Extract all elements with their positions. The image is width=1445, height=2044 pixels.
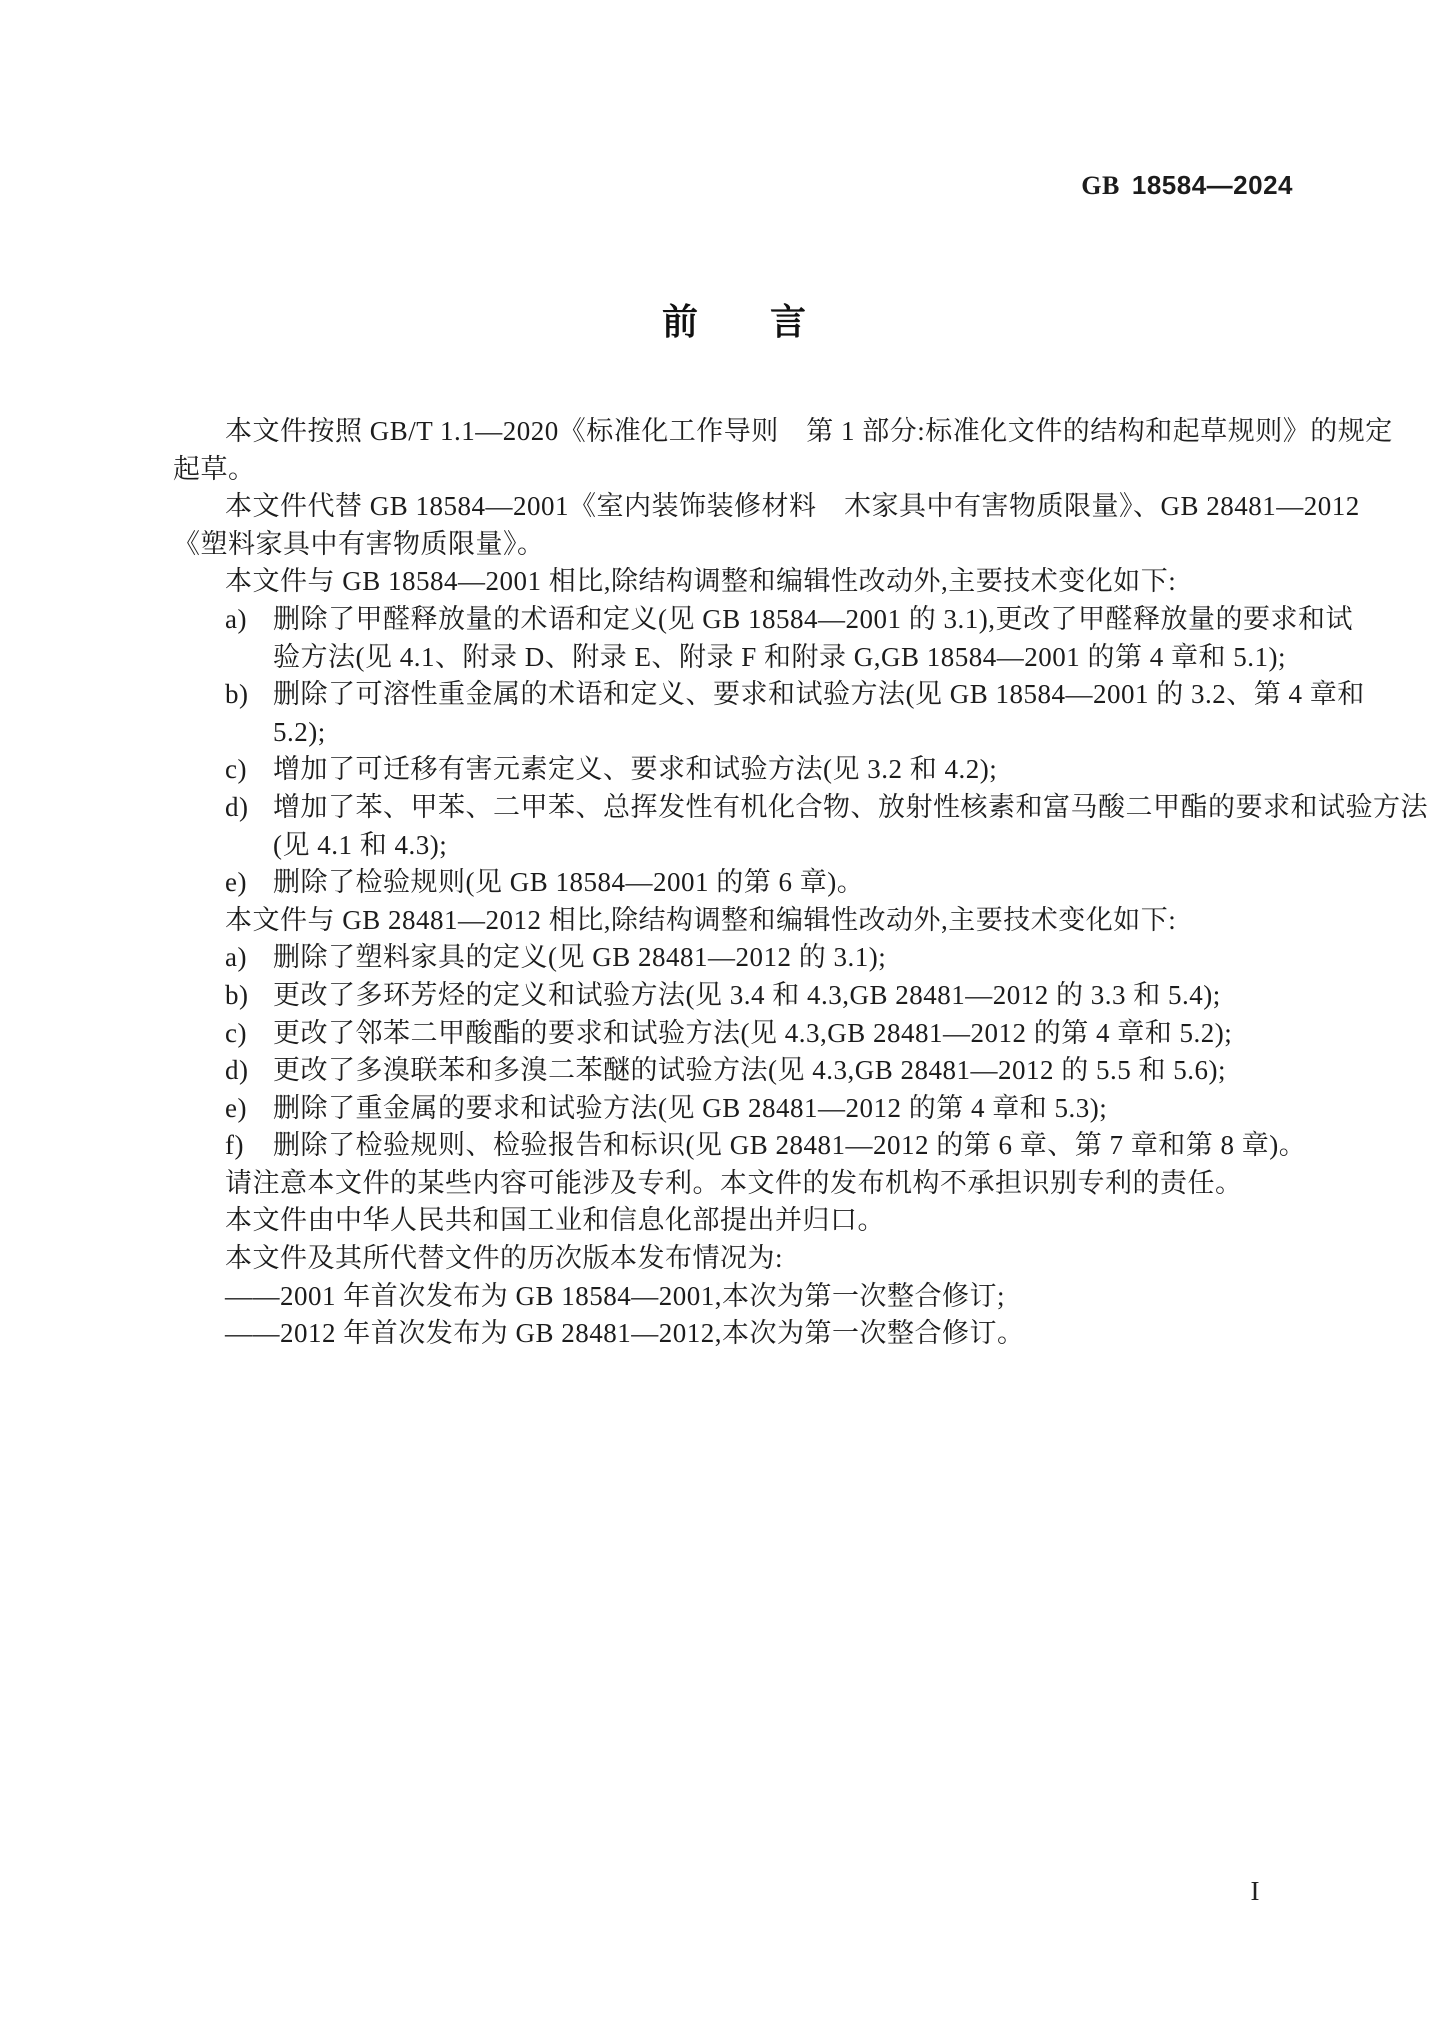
list-marker: d) [225, 1052, 249, 1090]
list-item-text: 增加了可迁移有害元素定义、要求和试验方法(见 3.2 和 4.2); [273, 754, 997, 784]
revision-history-line: ——2012 年首次发布为 GB 28481—2012,本次为第一次整合修订。 [173, 1315, 1295, 1353]
list-item: a) 删除了塑料家具的定义(见 GB 28481—2012 的 3.1); [173, 939, 1295, 977]
list-item-text: 更改了多溴联苯和多溴二苯醚的试验方法(见 4.3,GB 28481—2012 的… [273, 1055, 1226, 1085]
list-marker: b) [225, 977, 249, 1015]
page-title: 前 言 [173, 294, 1295, 345]
doc-number: GB18584—2024 [0, 170, 1293, 201]
list-marker: e) [225, 1090, 247, 1128]
list-item: d) 更改了多溴联苯和多溴二苯醚的试验方法(见 4.3,GB 28481—201… [173, 1052, 1295, 1090]
list-item: f) 删除了检验规则、检验报告和标识(见 GB 28481—2012 的第 6 … [173, 1127, 1295, 1165]
doc-number-value: 18584—2024 [1132, 170, 1293, 200]
list-item: b) 更改了多环芳烃的定义和试验方法(见 3.4 和 4.3,GB 28481—… [173, 977, 1295, 1015]
paragraph-line: 本文件由中华人民共和国工业和信息化部提出并归口。 [173, 1202, 1295, 1240]
paragraph-line: 本文件与 GB 28481—2012 相比,除结构调整和编辑性改动外,主要技术变… [173, 902, 1295, 940]
list-item-text: 删除了甲醛释放量的术语和定义(见 GB 18584—2001 的 3.1),更改… [273, 604, 1353, 634]
document-page: GB18584—2024 前 言 本文件按照 GB/T 1.1—2020《标准化… [0, 0, 1445, 2044]
list-item-continuation: (见 4.1 和 4.3); [173, 827, 1295, 865]
list-marker: f) [225, 1127, 244, 1165]
list-item-text: 删除了检验规则(见 GB 18584—2001 的第 6 章)。 [273, 867, 864, 897]
paragraph-line: 本文件按照 GB/T 1.1—2020《标准化工作导则 第 1 部分:标准化文件… [173, 413, 1295, 451]
list-marker: a) [225, 601, 247, 639]
page-number: I [1238, 1876, 1272, 1907]
list-item: d) 增加了苯、甲苯、二甲苯、总挥发性有机化合物、放射性核素和富马酸二甲酯的要求… [173, 789, 1295, 827]
list-item-text: 更改了多环芳烃的定义和试验方法(见 3.4 和 4.3,GB 28481—201… [273, 980, 1221, 1010]
paragraph-line: 本文件与 GB 18584—2001 相比,除结构调整和编辑性改动外,主要技术变… [173, 563, 1295, 601]
list-item-continuation: 验方法(见 4.1、附录 D、附录 E、附录 F 和附录 G,GB 18584—… [173, 639, 1295, 677]
list-marker: b) [225, 676, 249, 714]
doc-number-prefix: GB [1081, 171, 1120, 200]
list-marker: e) [225, 864, 247, 902]
paragraph-line: 本文件及其所代替文件的历次版本发布情况为: [173, 1240, 1295, 1278]
list-item: b) 删除了可溶性重金属的术语和定义、要求和试验方法(见 GB 18584—20… [173, 676, 1295, 714]
paragraph-line: 起草。 [173, 451, 1295, 489]
list-item-continuation: 5.2); [173, 714, 1295, 752]
paragraph-line: 请注意本文件的某些内容可能涉及专利。本文件的发布机构不承担识别专利的责任。 [173, 1165, 1295, 1203]
list-item: e) 删除了重金属的要求和试验方法(见 GB 28481—2012 的第 4 章… [173, 1090, 1295, 1128]
list-item-text: 删除了塑料家具的定义(见 GB 28481—2012 的 3.1); [273, 942, 886, 972]
list-item: e) 删除了检验规则(见 GB 18584—2001 的第 6 章)。 [173, 864, 1295, 902]
foreword-body: 本文件按照 GB/T 1.1—2020《标准化工作导则 第 1 部分:标准化文件… [173, 413, 1295, 1353]
paragraph-line: 本文件代替 GB 18584—2001《室内装饰装修材料 木家具中有害物质限量》… [173, 488, 1295, 526]
list-item-text: 删除了可溶性重金属的术语和定义、要求和试验方法(见 GB 18584—2001 … [273, 679, 1365, 709]
list-marker: c) [225, 1015, 247, 1053]
revision-history-line: ——2001 年首次发布为 GB 18584—2001,本次为第一次整合修订; [173, 1278, 1295, 1316]
list-item: c) 增加了可迁移有害元素定义、要求和试验方法(见 3.2 和 4.2); [173, 751, 1295, 789]
list-marker: d) [225, 789, 249, 827]
list-marker: a) [225, 939, 247, 977]
list-item: c) 更改了邻苯二甲酸酯的要求和试验方法(见 4.3,GB 28481—2012… [173, 1015, 1295, 1053]
list-marker: c) [225, 751, 247, 789]
list-item-text: 更改了邻苯二甲酸酯的要求和试验方法(见 4.3,GB 28481—2012 的第… [273, 1018, 1232, 1048]
list-item-text: 删除了重金属的要求和试验方法(见 GB 28481—2012 的第 4 章和 5… [273, 1093, 1107, 1123]
list-item: a) 删除了甲醛释放量的术语和定义(见 GB 18584—2001 的 3.1)… [173, 601, 1295, 639]
list-item-text: 增加了苯、甲苯、二甲苯、总挥发性有机化合物、放射性核素和富马酸二甲酯的要求和试验… [273, 792, 1428, 822]
list-item-text: 删除了检验规则、检验报告和标识(见 GB 28481—2012 的第 6 章、第… [273, 1130, 1306, 1160]
paragraph-line: 《塑料家具中有害物质限量》。 [173, 526, 1295, 564]
